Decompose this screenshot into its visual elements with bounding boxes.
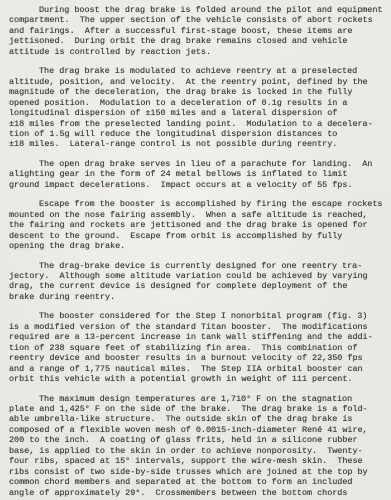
text-line: alighting gear in the form of 24 metal b… bbox=[9, 169, 385, 179]
text-line: ribs consist of two side-by-side trusses… bbox=[9, 467, 385, 477]
text-line: able umbrella-like structure. The outsid… bbox=[9, 414, 385, 424]
text-line: magnitude of the deceleration, the drag … bbox=[9, 87, 385, 97]
text-line: the fairing and rockets are jettisoned a… bbox=[9, 220, 385, 230]
text-line: 200 to the inch. A coating of glass frit… bbox=[9, 435, 385, 445]
text-line: is a modified version of the standard Ti… bbox=[9, 322, 385, 332]
text-line: brake during reentry. bbox=[9, 292, 385, 302]
text-line: descent to the ground. Escape from orbit… bbox=[9, 231, 385, 241]
text-line: compartment. The upper section of the ve… bbox=[9, 15, 385, 25]
text-line: longitudinal dispersion of ±150 miles an… bbox=[9, 108, 385, 118]
text-line: The drag-brake device is currently desig… bbox=[9, 261, 385, 271]
text-line: ±18 miles from the preselected landing p… bbox=[9, 119, 385, 129]
document-page: During boost the drag brake is folded ar… bbox=[0, 0, 391, 500]
paragraph-trajectory: The drag-brake device is currently desig… bbox=[9, 261, 385, 303]
text-line: reentry device and booster results in a … bbox=[9, 353, 385, 363]
text-line: base, is applied to the skin in order to… bbox=[9, 446, 385, 456]
text-line: Escape from the booster is accomplished … bbox=[9, 199, 385, 209]
text-line: attitude is controlled by reaction jets. bbox=[9, 47, 385, 57]
text-line: The booster considered for the Step I no… bbox=[9, 311, 385, 321]
text-line: The drag brake is modulated to achieve r… bbox=[9, 66, 385, 76]
paragraph-temperatures-structure: The maximum design temperatures are 1,71… bbox=[9, 394, 385, 499]
text-line: and a range of 1,775 nautical miles. The… bbox=[9, 364, 385, 374]
text-line: mounted on the nose fairing assembly. Wh… bbox=[9, 210, 385, 220]
text-line: opened position. Modulation to a deceler… bbox=[9, 98, 385, 108]
text-line: During boost the drag brake is folded ar… bbox=[9, 5, 385, 15]
paragraph-modulation: The drag brake is modulated to achieve r… bbox=[9, 66, 385, 150]
paragraph-booster: The booster considered for the Step I no… bbox=[9, 311, 385, 384]
text-line: The open drag brake serves in lieu of a … bbox=[9, 159, 385, 169]
text-line: ground impact decelerations. Impact occu… bbox=[9, 180, 385, 190]
paragraph-escape: Escape from the booster is accomplished … bbox=[9, 199, 385, 251]
text-line: plate and 1,425° F on the side of the br… bbox=[9, 404, 385, 414]
text-line: tion of 1.5g will reduce the longitudina… bbox=[9, 129, 385, 139]
text-line: jettisoned. During orbit the drag brake … bbox=[9, 36, 385, 46]
text-line: and fairings. After a successful first-s… bbox=[9, 26, 385, 36]
text-line: opening the drag brake. bbox=[9, 241, 385, 251]
text-line: required are a 13-percent increase in ta… bbox=[9, 332, 385, 342]
paragraph-landing: The open drag brake serves in lieu of a … bbox=[9, 159, 385, 190]
text-line: jectory. Although some altitude variatio… bbox=[9, 271, 385, 281]
text-line: composed of a flexible woven mesh of 0.0… bbox=[9, 425, 385, 435]
text-line: four ribs, spaced at 15° intervals, supp… bbox=[9, 456, 385, 466]
text-line: altitude, position, and velocity. At the… bbox=[9, 77, 385, 87]
text-line: angle of approximately 29°. Crossmembers… bbox=[9, 488, 385, 498]
text-line: ±18 miles. Lateral-range control is not … bbox=[9, 139, 385, 149]
text-line: orbit this vehicle with a potential grow… bbox=[9, 374, 385, 384]
text-line: drag, the current device is designed for… bbox=[9, 281, 385, 291]
text-line: tion of 238 square feet of stabilizing f… bbox=[9, 343, 385, 353]
text-line: The maximum design temperatures are 1,71… bbox=[9, 394, 385, 404]
paragraph-boost-fold: During boost the drag brake is folded ar… bbox=[9, 5, 385, 57]
text-line: common chord members and separated at th… bbox=[9, 477, 385, 487]
